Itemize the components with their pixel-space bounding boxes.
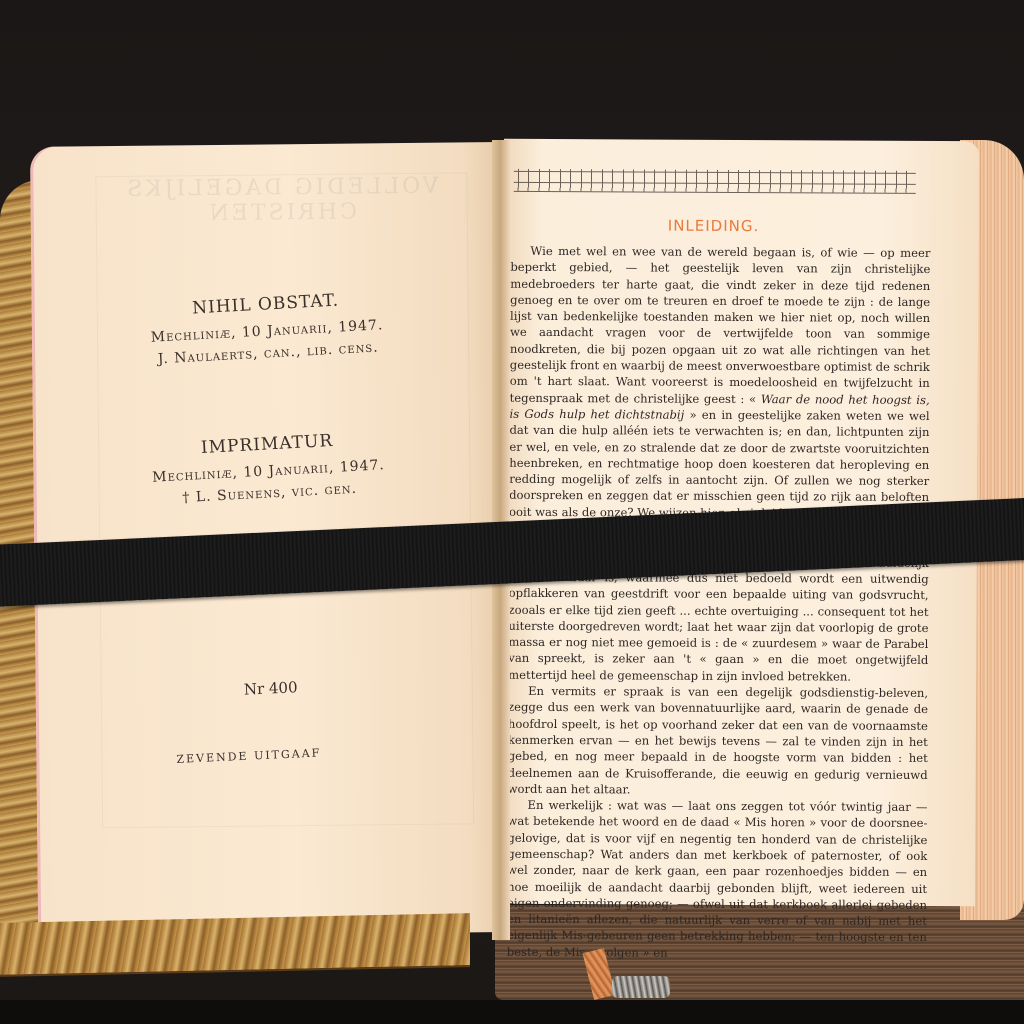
paragraph-1: Wie met wel en wee van de wereld begaan …	[508, 243, 930, 685]
bookmark-ribbon-silver	[612, 976, 670, 998]
decorative-header-border	[514, 169, 916, 194]
paragraph-2: En vermits er spraak is van een degelijk…	[508, 683, 929, 799]
page-body-text: Wie met wel en wee van de wereld begaan …	[507, 243, 931, 962]
book-cover-bottom-edge	[0, 913, 470, 977]
table-surface	[0, 1000, 1024, 1024]
chapter-heading: INLEIDING.	[504, 216, 924, 236]
paragraph-3: En werkelijk : wat was — laat ons zeggen…	[507, 797, 928, 962]
